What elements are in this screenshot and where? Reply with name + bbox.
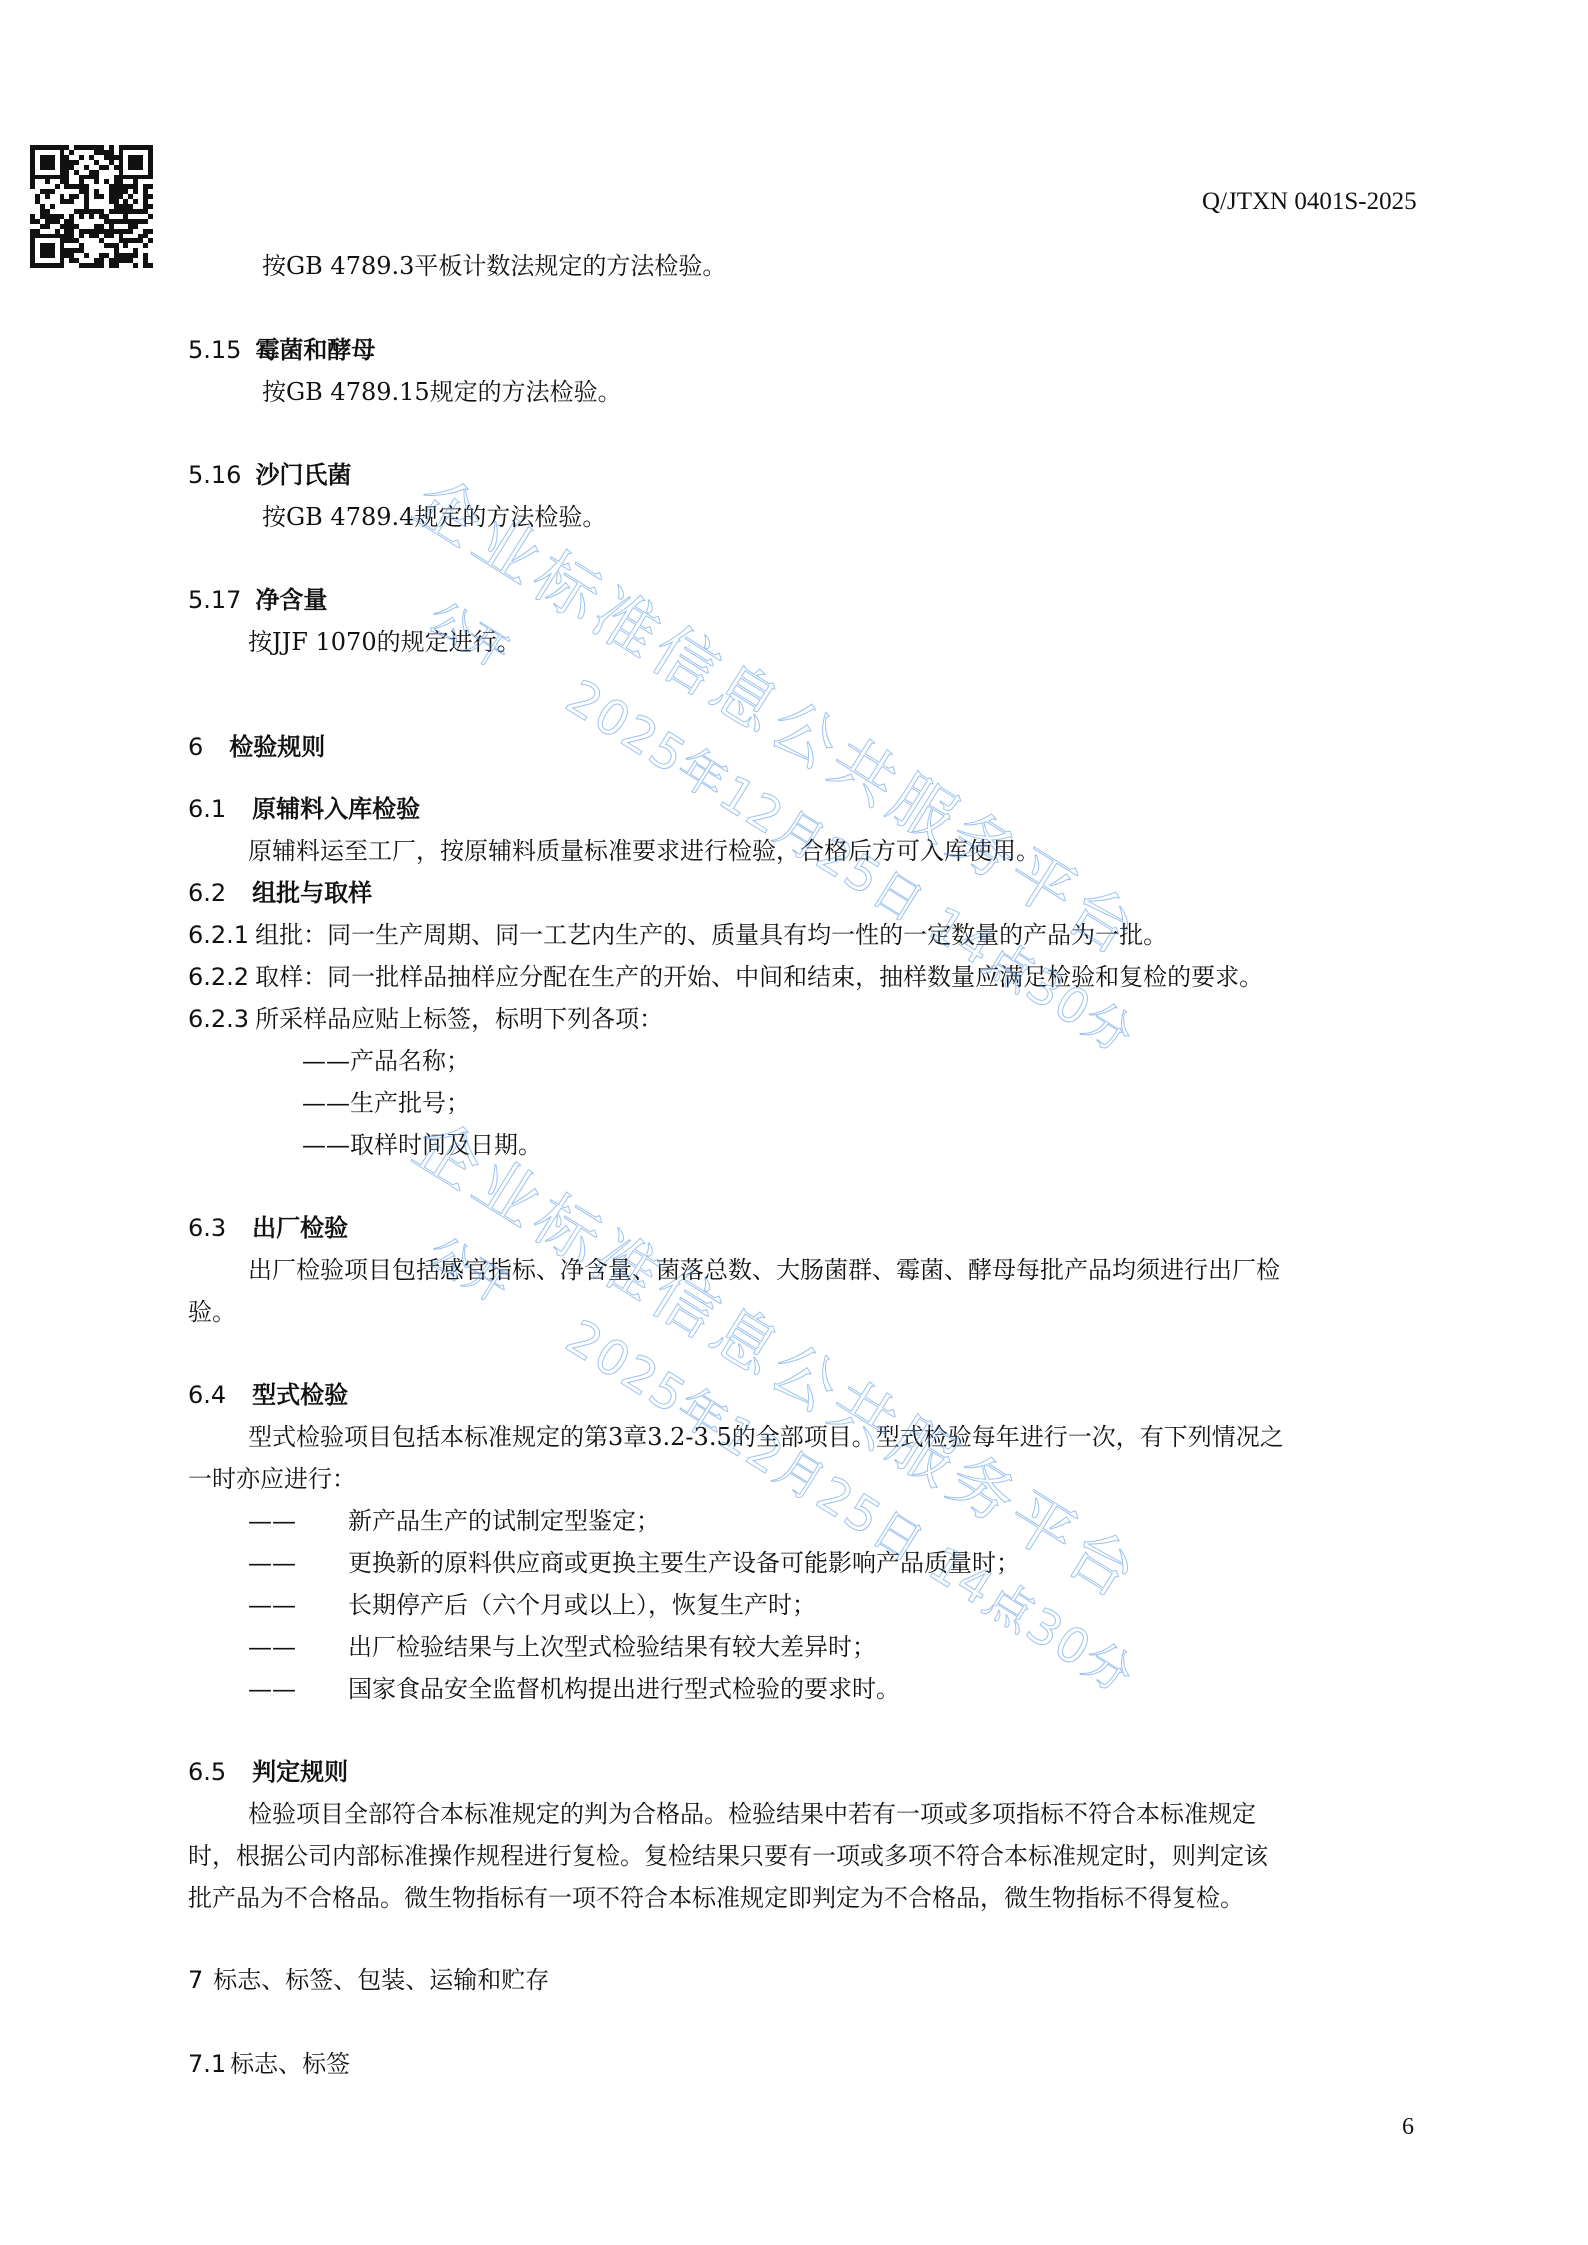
heading-6: 6检验规则: [188, 727, 325, 762]
list-item: ——出厂检验结果与上次型式检验结果有较大差异时；: [248, 1627, 876, 1662]
list-item: ——国家食品安全监督机构提出进行型式检验的要求时。: [248, 1669, 900, 1704]
section-title: 判定规则: [252, 1758, 348, 1786]
paragraph-6-1-body: 原辅料运至工厂，按原辅料质量标准要求进行检验，合格后方可入库使用。: [248, 831, 1040, 866]
list-item-text: 国家食品安全监督机构提出进行型式检验的要求时。: [348, 1675, 900, 1703]
section-title: 组批与取样: [252, 879, 372, 907]
paragraph-5-15-body: 按GB 4789.15规定的方法检验。: [262, 372, 622, 407]
paragraph-5-17-body: 按JJF 1070的规定进行。: [248, 622, 521, 657]
heading-5-17: 5.17净含量: [188, 580, 327, 615]
paragraph-text: 所采样品应贴上标签，标明下列各项：: [255, 1005, 663, 1033]
section-number: 6.3: [188, 1214, 226, 1242]
section-title: 霉菌和酵母: [255, 336, 375, 364]
section-title: 原辅料入库检验: [252, 795, 420, 823]
section-number: 6.2.1: [188, 921, 249, 949]
section-number: 7: [188, 1966, 203, 1994]
list-item: ——长期停产后（六个月或以上），恢复生产时；: [248, 1585, 816, 1620]
paragraph-5-16-body: 按GB 4789.4规定的方法检验。: [262, 497, 606, 532]
paragraph-6-3-line1: 出厂检验项目包括感官指标、净含量、菌落总数、大肠菌群、霉菌、酵母每批产品均须进行…: [248, 1250, 1280, 1285]
section-title: 净含量: [255, 586, 327, 614]
dash: ——: [248, 1549, 348, 1577]
list-item: ——取样时间及日期。: [302, 1125, 542, 1160]
dash: ——: [248, 1507, 348, 1535]
standard-code: Q/JTXN 0401S-2025: [1202, 188, 1417, 216]
list-item-text: 新产品生产的试制定型鉴定；: [348, 1507, 660, 1535]
paragraph-6-4-line1: 型式检验项目包括本标准规定的第3章3.2-3.5的全部项目。型式检验每年进行一次…: [248, 1417, 1284, 1452]
paragraph-6-2-3: 6.2.3所采样品应贴上标签，标明下列各项：: [188, 999, 663, 1034]
section-title: 标志、标签: [230, 2050, 350, 2078]
paragraph-5-14-body: 按GB 4789.3平板计数法规定的方法检验。: [262, 246, 726, 281]
section-number: 5.16: [188, 461, 241, 489]
heading-6-5: 6.5判定规则: [188, 1752, 348, 1787]
section-number: 6.2: [188, 879, 226, 907]
heading-6-4: 6.4型式检验: [188, 1375, 348, 1410]
paragraph-6-4-line2: 一时亦应进行：: [188, 1459, 356, 1494]
page-number: 6: [1402, 2114, 1414, 2141]
paragraph-6-5-line1: 检验项目全部符合本标准规定的判为合格品。检验结果中若有一项或多项指标不符合本标准…: [248, 1794, 1256, 1829]
section-number: 6.5: [188, 1758, 226, 1786]
heading-6-1: 6.1原辅料入库检验: [188, 789, 420, 824]
paragraph-text: 组批：同一生产周期、同一工艺内生产的、质量具有均一性的一定数量的产品为一批。: [255, 921, 1167, 949]
paragraph-6-2-2: 6.2.2取样：同一批样品抽样应分配在生产的开始、中间和结束，抽样数量应满足检验…: [188, 957, 1263, 992]
list-item: ——更换新的原料供应商或更换主要生产设备可能影响产品质量时；: [248, 1543, 1020, 1578]
list-item-text: 更换新的原料供应商或更换主要生产设备可能影响产品质量时；: [348, 1549, 1020, 1577]
list-item: ——新产品生产的试制定型鉴定；: [248, 1501, 660, 1536]
section-number: 5.17: [188, 586, 241, 614]
section-number: 6: [188, 733, 203, 761]
heading-5-15: 5.15霉菌和酵母: [188, 330, 375, 365]
section-number: 6.4: [188, 1381, 226, 1409]
paragraph-6-3-line2: 验。: [188, 1292, 236, 1327]
watermark-platform-name: 企业标准信息公共服务平台: [399, 1095, 1160, 1618]
heading-7-1: 7.1标志、标签: [188, 2044, 350, 2079]
paragraph-6-5-line3: 批产品为不合格品。微生物指标有一项不符合本标准规定即判定为不合格品，微生物指标不…: [188, 1878, 1244, 1913]
list-item: ——生产批号；: [302, 1083, 470, 1118]
dash: ——: [248, 1675, 348, 1703]
section-title: 检验规则: [229, 733, 325, 761]
heading-6-3: 6.3出厂检验: [188, 1208, 348, 1243]
section-number: 7.1: [188, 2050, 226, 2078]
heading-5-16: 5.16沙门氏菌: [188, 455, 351, 490]
list-item-text: 长期停产后（六个月或以上），恢复生产时；: [348, 1591, 816, 1619]
section-number: 6.2.3: [188, 1005, 249, 1033]
dash: ——: [248, 1591, 348, 1619]
section-title: 沙门氏菌: [255, 461, 351, 489]
section-number: 6.2.2: [188, 963, 249, 991]
paragraph-text: 取样：同一批样品抽样应分配在生产的开始、中间和结束，抽样数量应满足检验和复检的要…: [255, 963, 1263, 991]
section-number: 6.1: [188, 795, 226, 823]
dash: ——: [248, 1633, 348, 1661]
section-title: 型式检验: [252, 1381, 348, 1409]
section-title: 标志、标签、包装、运输和贮存: [213, 1966, 549, 1994]
section-title: 出厂检验: [252, 1214, 348, 1242]
heading-7: 7标志、标签、包装、运输和贮存: [188, 1960, 549, 1995]
list-item-text: 出厂检验结果与上次型式检验结果有较大差异时；: [348, 1633, 876, 1661]
qr-code: [30, 145, 153, 268]
paragraph-6-2-1: 6.2.1组批：同一生产周期、同一工艺内生产的、质量具有均一性的一定数量的产品为…: [188, 915, 1167, 950]
list-item: ——产品名称；: [302, 1041, 470, 1076]
paragraph-6-5-line2: 时，根据公司内部标准操作规程进行复检。复检结果只要有一项或多项不符合本标准规定时…: [188, 1836, 1268, 1871]
section-number: 5.15: [188, 336, 241, 364]
heading-6-2: 6.2组批与取样: [188, 873, 372, 908]
